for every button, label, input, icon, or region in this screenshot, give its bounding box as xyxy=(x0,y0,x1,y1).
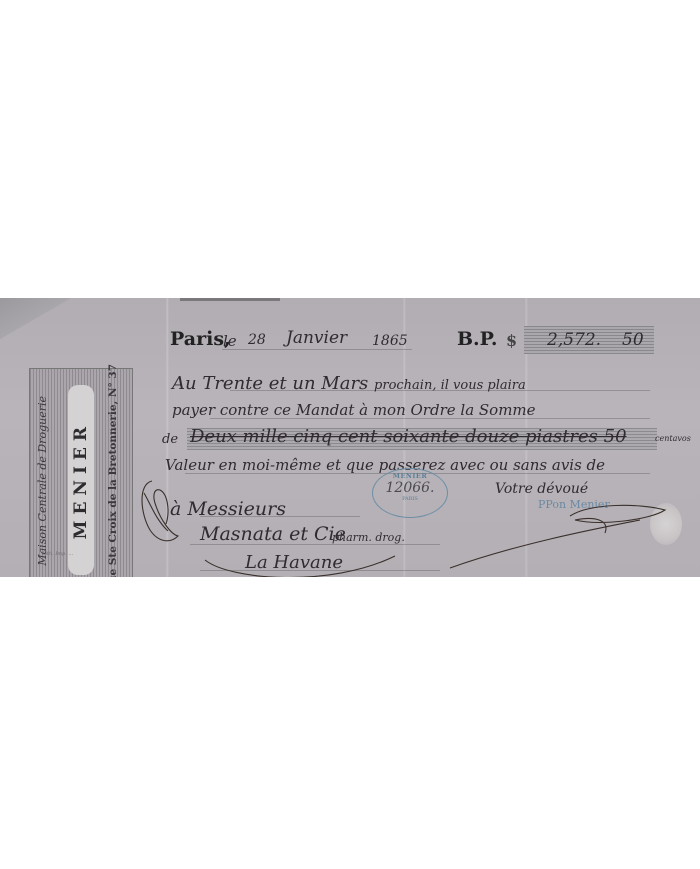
issuer-address: Rue Ste Croix de la Bretonnerie, N° 37 xyxy=(107,364,119,577)
closing: Votre dévoué xyxy=(495,481,588,497)
order-line: payer contre ce Mandat à mon Ordre la So… xyxy=(172,401,536,419)
due-date: Au Trente et un Mars xyxy=(172,373,368,394)
currency-mark: $ xyxy=(506,331,517,350)
bp-label: B.P. xyxy=(457,328,497,350)
cartouche-heading: Maison Centrale de Droguerie xyxy=(36,396,49,566)
cartouche-name-panel: MENIER xyxy=(68,385,94,575)
amount-figure: 2,572. xyxy=(547,330,601,350)
cartouche-top-line: Maison Centrale de Droguerie xyxy=(36,381,49,577)
pp-menier-stamp: PPon Menier xyxy=(538,498,610,511)
stamp-bottom: PARIS xyxy=(373,496,447,502)
stamp-top: MENIER xyxy=(373,472,447,480)
printer-line: Lith. Imp. ... xyxy=(42,551,73,557)
issuer-cartouche: Maison Centrale de Droguerie MENIER Rue … xyxy=(29,368,133,577)
place: Paris, xyxy=(170,328,231,350)
date-day: 28 xyxy=(248,332,266,348)
amount-words-extra: centavos xyxy=(655,434,691,443)
le-label: le xyxy=(223,332,237,350)
due-date-line: Au Trente et un Mars prochain, il vous p… xyxy=(172,373,526,394)
seal-mark xyxy=(650,503,682,545)
issuer-name: MENIER xyxy=(71,421,91,539)
amount-in-words: Deux mille cinq cent soixante douze pias… xyxy=(190,426,627,447)
addressee-prefix: à Messieurs xyxy=(170,498,286,520)
folded-corner xyxy=(0,298,70,348)
de-label: de xyxy=(162,432,178,447)
stamp-number: 12066. xyxy=(373,480,447,496)
addressee-city: La Havane xyxy=(245,552,343,573)
amount-cents: 50 xyxy=(622,330,644,350)
edge-shadow xyxy=(180,298,280,301)
addressee-name: Masnata et Cie xyxy=(200,523,346,545)
bill-of-exchange: Maison Centrale de Droguerie MENIER Rue … xyxy=(0,298,700,577)
rule-date xyxy=(222,349,412,350)
date-month: Janvier xyxy=(286,328,347,348)
signature-icon xyxy=(450,505,665,568)
due-date-rest: prochain, il vous plaira xyxy=(374,378,526,393)
menier-stamp: MENIER 12066. PARIS xyxy=(372,468,448,518)
date-year: 1865 xyxy=(372,333,408,349)
cartouche-address: Rue Ste Croix de la Bretonnerie, N° 37 xyxy=(107,373,119,577)
addressee-trade: pharm. drog. xyxy=(332,531,405,544)
